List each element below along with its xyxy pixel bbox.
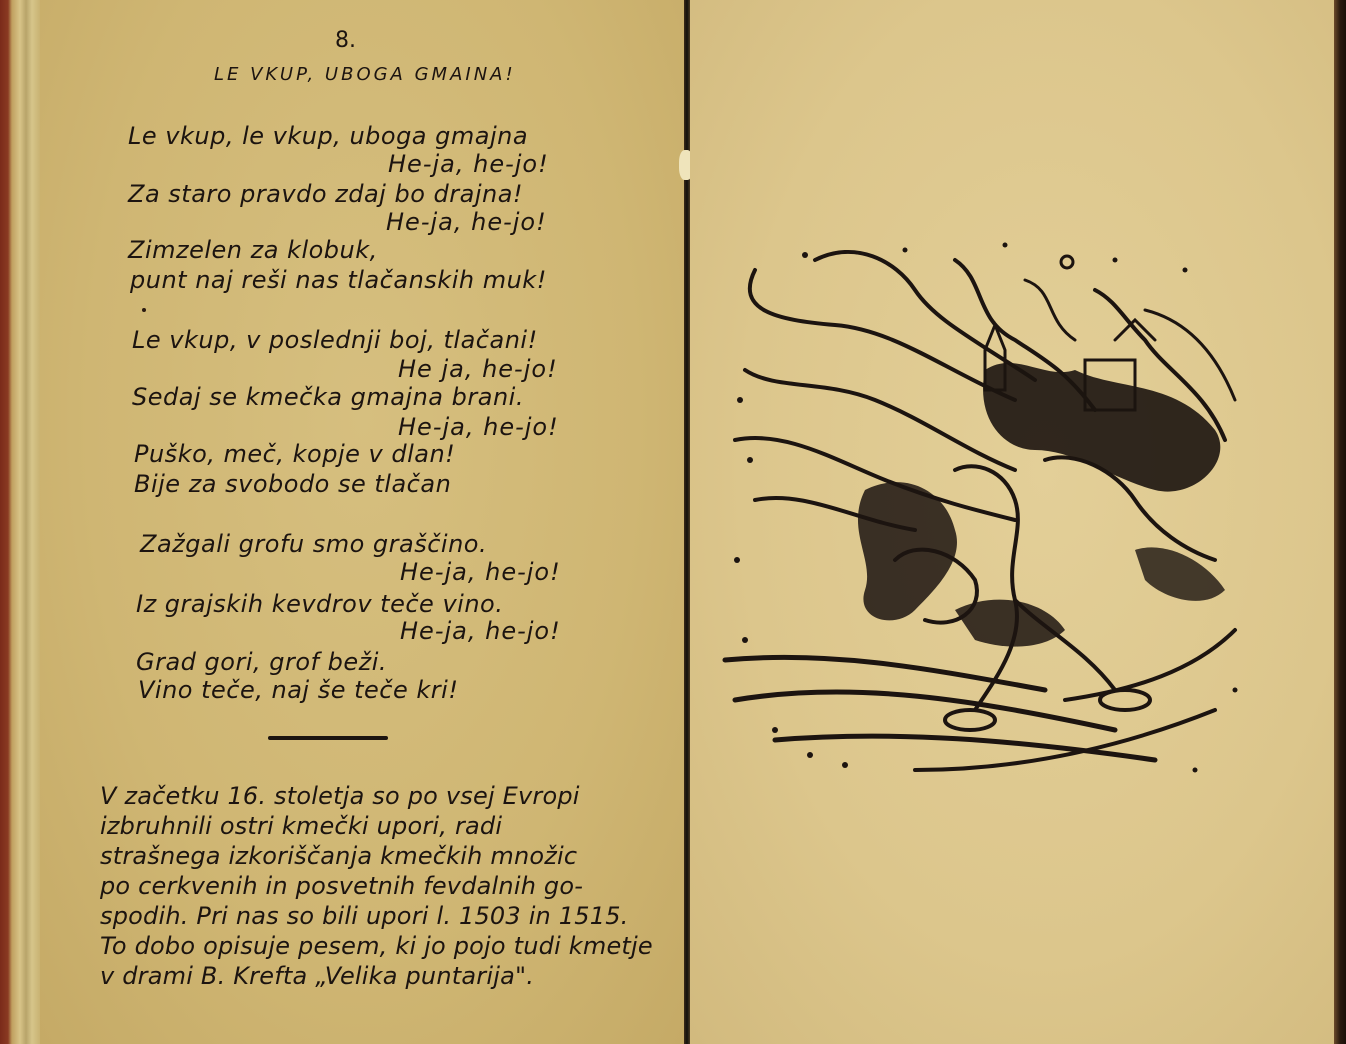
verse-line: Le vkup, v poslednji boj, tlačani! (132, 326, 538, 354)
note-line: v drami B. Krefta „Velika puntarija". (100, 962, 534, 990)
note-line: V začetku 16. stoletja so po vsej Evropi (100, 782, 580, 810)
refrain-line: He-ja, he-jo! (388, 150, 549, 178)
book-edge-left (0, 0, 40, 1044)
note-line: spodih. Pri nas so bili upori l. 1503 in… (100, 902, 629, 930)
verse-line: Za staro pravdo zdaj bo drajna! (128, 180, 523, 208)
refrain-line: He-ja, he-jo! (400, 558, 561, 586)
book-edge-right (1334, 0, 1346, 1044)
verse-line: Grad gori, grof beži. (136, 648, 387, 676)
verse-line: Zimzelen za klobuk, (128, 236, 378, 264)
song-title: LE VKUP, UBOGA GMAINA! (214, 64, 516, 85)
verse-line: Zažgali grofu smo graščino. (140, 530, 487, 558)
burning-castle-illustration (715, 230, 1255, 790)
refrain-line: He-ja, he-jo! (400, 617, 561, 645)
refrain-line: He-ja, he-jo! (386, 208, 547, 236)
refrain-line: He-ja, he-jo! (398, 413, 559, 441)
note-line: To dobo opisuje pesem, ki jo pojo tudi k… (100, 932, 653, 960)
page-number: 8. (335, 28, 356, 53)
verse-line: Le vkup, le vkup, uboga gmajna (128, 122, 528, 150)
verse-line: Bije za svobodo se tlačan (134, 470, 451, 498)
refrain-line: He ja, he-jo! (398, 355, 558, 383)
note-line: strašnega izkoriščanja kmečkih množic (100, 842, 577, 870)
note-line: izbruhnili ostri kmečki upori, radi (100, 812, 502, 840)
verse-line: Sedaj se kmečka gmajna brani. (132, 383, 524, 411)
section-divider (268, 736, 388, 740)
ink-speck (142, 308, 146, 312)
verse-line: Puško, meč, kopje v dlan! (134, 440, 455, 468)
verse-line: Vino teče, naj še teče kri! (138, 676, 458, 704)
verse-line: Iz grajskih kevdrov teče vino. (136, 590, 503, 618)
book-spread: 8. LE VKUP, UBOGA GMAINA! Le vkup, le vk… (0, 0, 1346, 1044)
note-line: po cerkvenih in posvetnih fevdalnih go- (100, 872, 583, 900)
verse-line: punt naj reši nas tlačanskih muk! (130, 266, 547, 294)
